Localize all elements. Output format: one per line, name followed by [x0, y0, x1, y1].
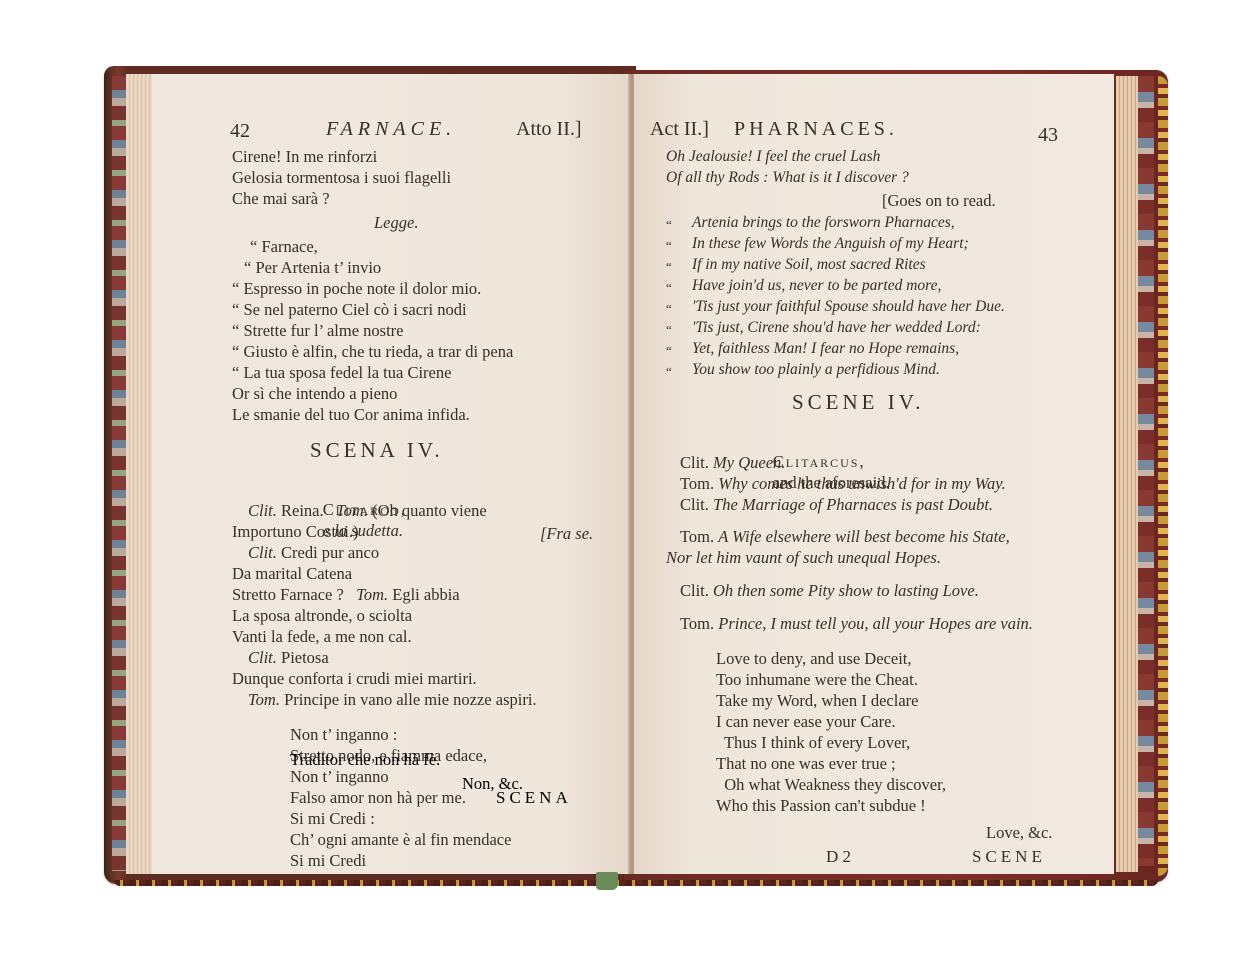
ribbon-bookmark — [596, 872, 618, 890]
dialogue-line: Clit. Pietosa — [248, 647, 329, 668]
aria-line: Love to deny, and use Deceit, — [716, 648, 912, 669]
page-number: 43 — [1038, 124, 1058, 147]
letter-line: You show too plainly a perfidious Mind. — [692, 359, 940, 380]
text-line: Che mai sarà ? — [232, 188, 330, 209]
aria-line: I can never ease your Care. — [716, 711, 896, 732]
aria-line: That no one was ever true ; — [716, 753, 896, 774]
aria-line: Si mi Credi — [290, 850, 366, 871]
dialogue-line: Importuno Costui.) — [232, 521, 359, 542]
right-page: Act II.] PHARNACES. 43 Oh Jealousie! I f… — [634, 74, 1114, 874]
text-line: Oh Jealousie! I feel the cruel Lash — [666, 146, 880, 167]
letter-line: Artenia brings to the forsworn Pharnaces… — [692, 212, 955, 233]
gilt-tooling — [1158, 76, 1168, 876]
text-line: Cirene! In me rinforzi — [232, 146, 377, 167]
dialogue-line: La sposa altronde, o sciolta — [232, 605, 412, 626]
dialogue-line: Nor let him vaunt of such unequal Hopes. — [666, 547, 941, 568]
quote-mark: “ — [666, 361, 672, 382]
letter-line: If in my native Soil, most sacred Rites — [692, 254, 926, 275]
catchword: SCENA — [496, 787, 572, 808]
open-book: 42 FARNACE. Atto II.] Cirene! In me rinf… — [104, 66, 1168, 886]
stage-direction: [Goes on to read. — [882, 190, 996, 211]
act-label: Act II.] — [650, 118, 709, 141]
stage-direction: Legge. — [374, 212, 418, 233]
dialogue-line: Vanti la fede, a me non cal. — [232, 626, 412, 647]
cast-name: Clitarcus, — [773, 452, 866, 471]
scene-title: SCENA IV. — [310, 438, 444, 463]
letter-line: Have join'd us, never to be parted more, — [692, 275, 941, 296]
quote-mark: “ — [666, 214, 672, 235]
aria-line: Thus I think of every Lover, — [716, 732, 910, 753]
aria-line: Who this Passion can't subdue ! — [716, 795, 926, 816]
aria-line: Falso amor non hà per me. — [290, 787, 466, 808]
catchword: SCENE — [972, 846, 1046, 867]
letter-line: “ Strette fur l’ alme nostre — [232, 320, 404, 341]
scene-title: SCENE IV. — [792, 390, 924, 415]
quote-mark: “ — [666, 340, 672, 361]
dialogue-line: Clit. My Queen. — [680, 452, 785, 473]
letter-line: 'Tis just your faithful Spouse should ha… — [692, 296, 1005, 317]
dialogue-line: Dunque conforta i crudi miei martiri. — [232, 668, 477, 689]
running-title: PHARNACES. — [734, 118, 898, 141]
aside-direction: [Fra se. — [540, 523, 593, 544]
running-title: FARNACE. — [326, 118, 456, 141]
dialogue-line: Stretto Farnace ? Tom. Egli abbia — [232, 584, 460, 605]
dialogue-line: Clit. The Marriage of Pharnaces is past … — [680, 494, 993, 515]
dialogue-line: Tom. Why comes he thus unwish'd for in m… — [680, 473, 1006, 494]
letter-line: Yet, faithless Man! I fear no Hope remai… — [692, 338, 959, 359]
aria-line: Si mi Credi : — [290, 808, 375, 829]
letter-line: “ Espresso in poche note il dolor mio. — [232, 278, 481, 299]
letter-line: “ Se nel paterno Ciel cò i sacri nodi — [232, 299, 467, 320]
dialogue-line: Tom. Prince, I must tell you, all your H… — [680, 613, 1033, 634]
text-line: Of all thy Rods : What is it I discover … — [666, 167, 909, 188]
letter-line: In these few Words the Anguish of my Hea… — [692, 233, 969, 254]
aria-line: Traditor che non hà fè. — [290, 749, 440, 770]
aria-line: Ch’ ogni amante è al fin mendace — [290, 829, 511, 850]
text-line: Or sì che intendo a pieno — [232, 383, 397, 404]
dialogue-line: Da marital Catena — [232, 563, 352, 584]
letter-line: “ Per Artenia t’ invio — [244, 257, 381, 278]
dialogue-line: Clit. Credi pur anco — [248, 542, 379, 563]
dialogue-line: Tom. Principe in vano alle mie nozze asp… — [248, 689, 537, 710]
gilt-bottom-edge — [114, 880, 1158, 886]
page-edges-left — [126, 74, 152, 874]
letter-line: 'Tis just, Cirene shou'd have her wedded… — [692, 317, 981, 338]
page-edges-right — [1116, 76, 1138, 872]
quote-mark: “ — [666, 277, 672, 298]
text-line: Le smanie del tuo Cor anima infida. — [232, 404, 470, 425]
aria-line: Non t’ inganno : — [290, 724, 397, 745]
letter-line: “ Farnace, — [250, 236, 318, 257]
act-label: Atto II.] — [516, 118, 582, 141]
dialogue-line: Tom. A Wife elsewhere will best become h… — [680, 526, 1010, 547]
quote-mark: “ — [666, 235, 672, 256]
letter-line: “ Giusto è alfin, che tu rieda, a trar d… — [232, 341, 513, 362]
text-line: Gelosia tormentosa i suoi flagelli — [232, 167, 451, 188]
quote-mark: “ — [666, 319, 672, 340]
da-capo: Love, &c. — [986, 822, 1052, 843]
signature-mark: D 2 — [826, 846, 851, 867]
letter-line: “ La tua sposa fedel la tua Cirene — [232, 362, 451, 383]
quote-mark: “ — [666, 298, 672, 319]
dialogue-line: Clit. Oh then some Pity show to lasting … — [680, 580, 979, 601]
aria-line: Too inhumane were the Cheat. — [716, 669, 918, 690]
page-number: 42 — [230, 120, 250, 143]
aria-line: Take my Word, when I declare — [716, 690, 918, 711]
quote-mark: “ — [666, 256, 672, 277]
dialogue-line: Clit. Reina. Tom. (Oh quanto viene — [248, 500, 487, 521]
aria-line: Oh what Weakness they discover, — [716, 774, 946, 795]
marbled-endpaper-right — [1136, 76, 1154, 866]
